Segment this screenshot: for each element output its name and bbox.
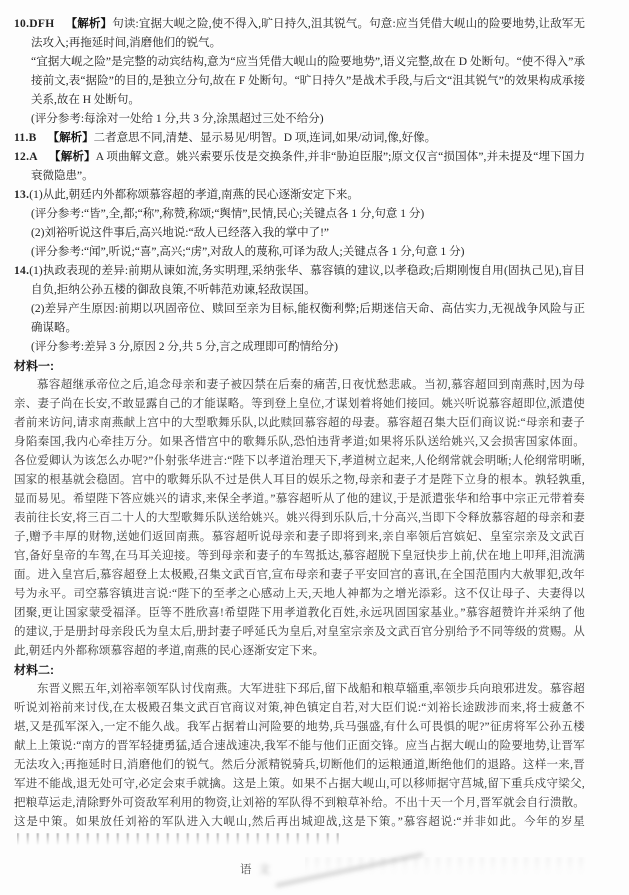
answer-item-13: 13.(1)从此,朝廷内外都称颂慕容超的孝道,南燕的民心逐渐安定下来。 xyxy=(14,186,585,205)
answer-text: 句读:宜据大岘之险,使不得入,旷日持久,沮其锐气。句意:应当凭借大岘山的险要地势… xyxy=(31,18,585,49)
answer-13-part2: (2)刘裕听说这件事后,高兴地说:“敌人已经落入我的掌中了!” xyxy=(14,224,585,243)
answer-text: (1)从此,朝廷内外都称颂慕容超的孝道,南燕的民心逐渐安定下来。 xyxy=(29,189,359,201)
question-number-11: 11.B xyxy=(14,132,37,144)
analysis-tag: 【解析】 xyxy=(48,132,94,144)
answer-item-11: 11.B【解析】二者意思不同,清楚、显示易见/明智。D 项,连词,如果/动词,像… xyxy=(14,129,585,148)
answer-13-part1-scoring-note: (评分参考:“皆”,全,都;“称”,称赞,称颂;“舆情”,民情,民心;关键点各 … xyxy=(14,205,585,224)
answer-text: 二者意思不同,清楚、显示易见/明智。D 项,连词,如果/动词,像,好像。 xyxy=(94,132,436,144)
footer-subject-label-blurred: 文 xyxy=(259,864,278,876)
motion-blur-text-artifact xyxy=(17,833,339,846)
answer-item-12: 12.A【解析】A 项曲解文意。姚兴索要乐伎是交换条件,并非“胁迫臣服”;原文仅… xyxy=(14,148,585,186)
answer-14-scoring-note: (评分参考:差异 3 分,原因 2 分,共 5 分,言之成理即可酌情给分) xyxy=(14,338,585,357)
page-footer: 语文 xyxy=(240,861,277,877)
material-2-text: 东晋义熙五年,刘裕率领军队讨伐南燕。大军进驻下邳后,留下战船和粮草辎重,率领步兵… xyxy=(14,683,585,828)
answer-item-10: 10.DFH【解析】句读:宜据大岘之险,使不得入,旷日持久,沮其锐气。句意:应当… xyxy=(14,15,585,53)
answer-text: A 项曲解文意。姚兴索要乐伎是交换条件,并非“胁迫臣服”;原文仅言“损国体”,并… xyxy=(31,151,585,182)
answer-10-analysis-paragraph: “宜据大岘之险”是完整的动宾结构,意为“应当凭借大岘山的险要地势”,语义完整,故… xyxy=(14,53,585,110)
scanned-answer-sheet-page: 10.DFH【解析】句读:宜据大岘之险,使不得入,旷日持久,沮其锐气。句意:应当… xyxy=(0,0,629,895)
answer-item-14: 14.(1)执政表现的差异:前期从谏如流,务实明理,采纳张华、慕容镇的建议,以孝… xyxy=(14,262,585,300)
analysis-tag: 【解析】 xyxy=(65,18,112,30)
answer-13-part2-scoring-note: (评分参考:“闻”,听说;“喜”,高兴;“虏”,对敌人的蔑称,可译为敌人;关键点… xyxy=(14,243,585,262)
material-1-heading: 材料一: xyxy=(14,357,585,376)
analysis-tag: 【解析】 xyxy=(49,151,96,163)
question-number-13: 13. xyxy=(14,189,29,201)
answer-10-scoring-note: (评分参考:每涂对一处给 1 分,共 3 分,涂黑超过三处不给分) xyxy=(14,110,585,129)
question-number-12: 12.A xyxy=(14,151,38,163)
question-number-14: 14. xyxy=(14,265,29,277)
material-1-translation-paragraph: 慕容超继承帝位之后,追念母亲和妻子被囚禁在后秦的痛苦,日夜忧愁悲戚。当初,慕容超… xyxy=(14,376,585,661)
material-2-translation-paragraph: 东晋义熙五年,刘裕率领军队讨伐南燕。大军进驻下邳后,留下战船和粮草辎重,率领步兵… xyxy=(14,680,585,851)
question-number-10: 10.DFH xyxy=(14,18,54,30)
page-curl-white-fade xyxy=(225,852,629,895)
footer-subject-label: 语 xyxy=(240,864,259,876)
material-2-heading: 材料二: xyxy=(14,661,585,680)
answer-text: (1)执政表现的差异:前期从谏如流,务实明理,采纳张华、慕容镇的建议,以孝稳政;… xyxy=(29,265,585,296)
answer-14-part2: (2)差异产生原因:前期以巩固帝位、赎回至亲为目标,能权衡利弊;后期迷信天命、高… xyxy=(14,300,585,338)
